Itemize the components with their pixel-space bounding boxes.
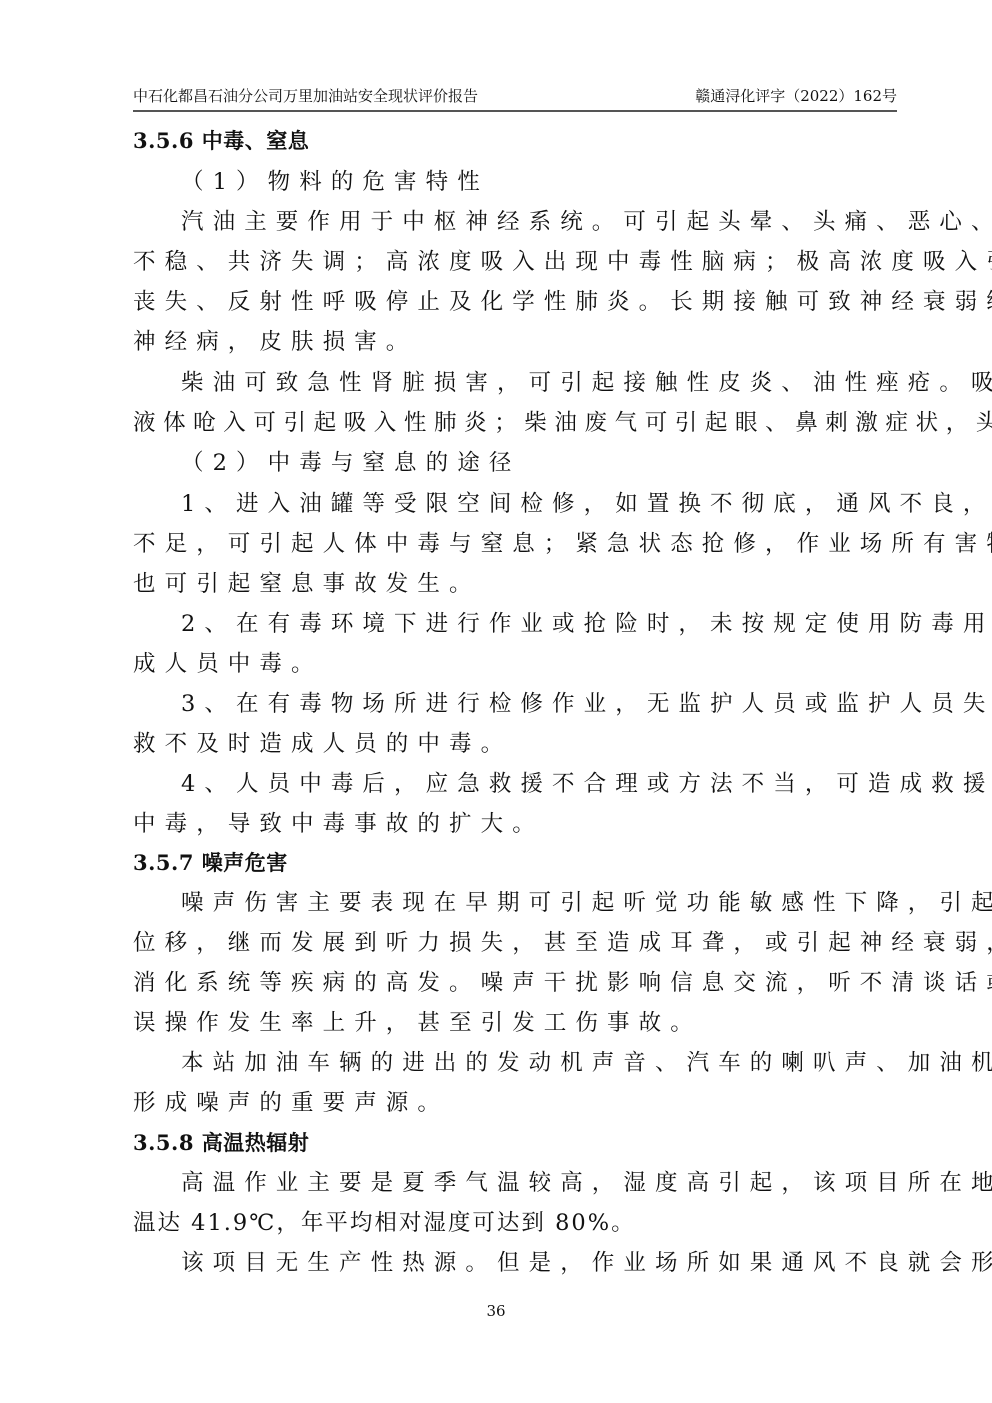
document-number: 赣通浔化评字（2022）162号 (695, 84, 897, 108)
paragraph-line: 中毒，导致中毒事故的扩大。 (133, 804, 903, 844)
section-heading-3-5-6: 3.5.6 中毒、窒息 (133, 121, 903, 161)
paragraph-line: 1、进入油罐等受限空间检修，如置换不彻底，通风不良，造成氧含量 (181, 484, 901, 524)
paragraph-line: 误操作发生率上升，甚至引发工伤事故。 (133, 1003, 903, 1043)
paragraph-line: 汽油主要作用于中枢神经系统。可引起头晕、头痛、恶心、呕吐、步态 (181, 202, 901, 242)
paragraph-line: 消化系统等疾病的高发。噪声干扰影响信息交流，听不清谈话或信号，促使 (133, 963, 903, 1003)
paragraph-line: 成人员中毒。 (133, 644, 903, 684)
section-heading-3-5-7: 3.5.7 噪声危害 (133, 843, 903, 883)
paragraph-line: 不稳、共济失调；高浓度吸入出现中毒性脑病；极高浓度吸入引起意识突然 (133, 242, 903, 282)
paragraph-line: 形成噪声的重要声源。 (133, 1083, 903, 1123)
paragraph-line: 也可引起窒息事故发生。 (133, 564, 903, 604)
subheading-hazard-properties: （1）物料的危害特性 (181, 162, 901, 202)
header-rule (133, 110, 897, 112)
paragraph-line: 位移，继而发展到听力损失，甚至造成耳聋，或引起神经衰弱，心血管病及 (133, 923, 903, 963)
report-title: 中石化都昌石油分公司万里加油站安全现状评价报告 (133, 84, 478, 108)
paragraph-line: 3、在有毒物场所进行检修作业，无监护人员或监护人员失职，可因施 (181, 684, 901, 724)
paragraph-line: 不足，可引起人体中毒与窒息；紧急状态抢修，作业场所有害物质浓度超高 (133, 524, 903, 564)
paragraph-line: 温达 41.9℃，年平均相对湿度可达到 80%。 (133, 1203, 903, 1243)
paragraph-line: 柴油可致急性肾脏损害，可引起接触性皮炎、油性痤疮。吸入其雾滴或 (181, 363, 901, 403)
paragraph-line: 液体呛入可引起吸入性肺炎；柴油废气可引起眼、鼻刺激症状，头晕及头痛。 (133, 403, 903, 443)
paragraph-line: 2、在有毒环境下进行作业或抢险时，未按规定使用防毒用品，可能造 (181, 604, 901, 644)
paragraph-line: 高温作业主要是夏季气温较高，湿度高引起，该项目所在地极端最高气 (181, 1163, 901, 1203)
section-heading-3-5-8: 3.5.8 高温热辐射 (133, 1123, 903, 1163)
paragraph-line: 噪声伤害主要表现在早期可引起听觉功能敏感性下降，引起听力暂时性 (181, 883, 901, 923)
page-number: 36 (0, 1299, 992, 1323)
paragraph-line: 丧失、反射性呼吸停止及化学性肺炎。长期接触可致神经衰弱综合征，周围 (133, 282, 903, 322)
running-header: 中石化都昌石油分公司万里加油站安全现状评价报告 赣通浔化评字（2022）162号 (133, 84, 897, 108)
subheading-poisoning-routes: （2）中毒与窒息的途径 (181, 443, 901, 483)
paragraph-line: 神经病，皮肤损害。 (133, 322, 903, 362)
paragraph-line: 救不及时造成人员的中毒。 (133, 724, 903, 764)
paragraph-line: 4、人员中毒后，应急救援不合理或方法不当，可造成救援人员的相继 (181, 764, 901, 804)
paragraph-line: 该项目无生产性热源。但是，作业场所如果通风不良就会形成高温、高 (181, 1243, 901, 1283)
paragraph-line: 本站加油车辆的进出的发动机声音、汽车的喇叭声、加油机的马达声是 (181, 1043, 901, 1083)
